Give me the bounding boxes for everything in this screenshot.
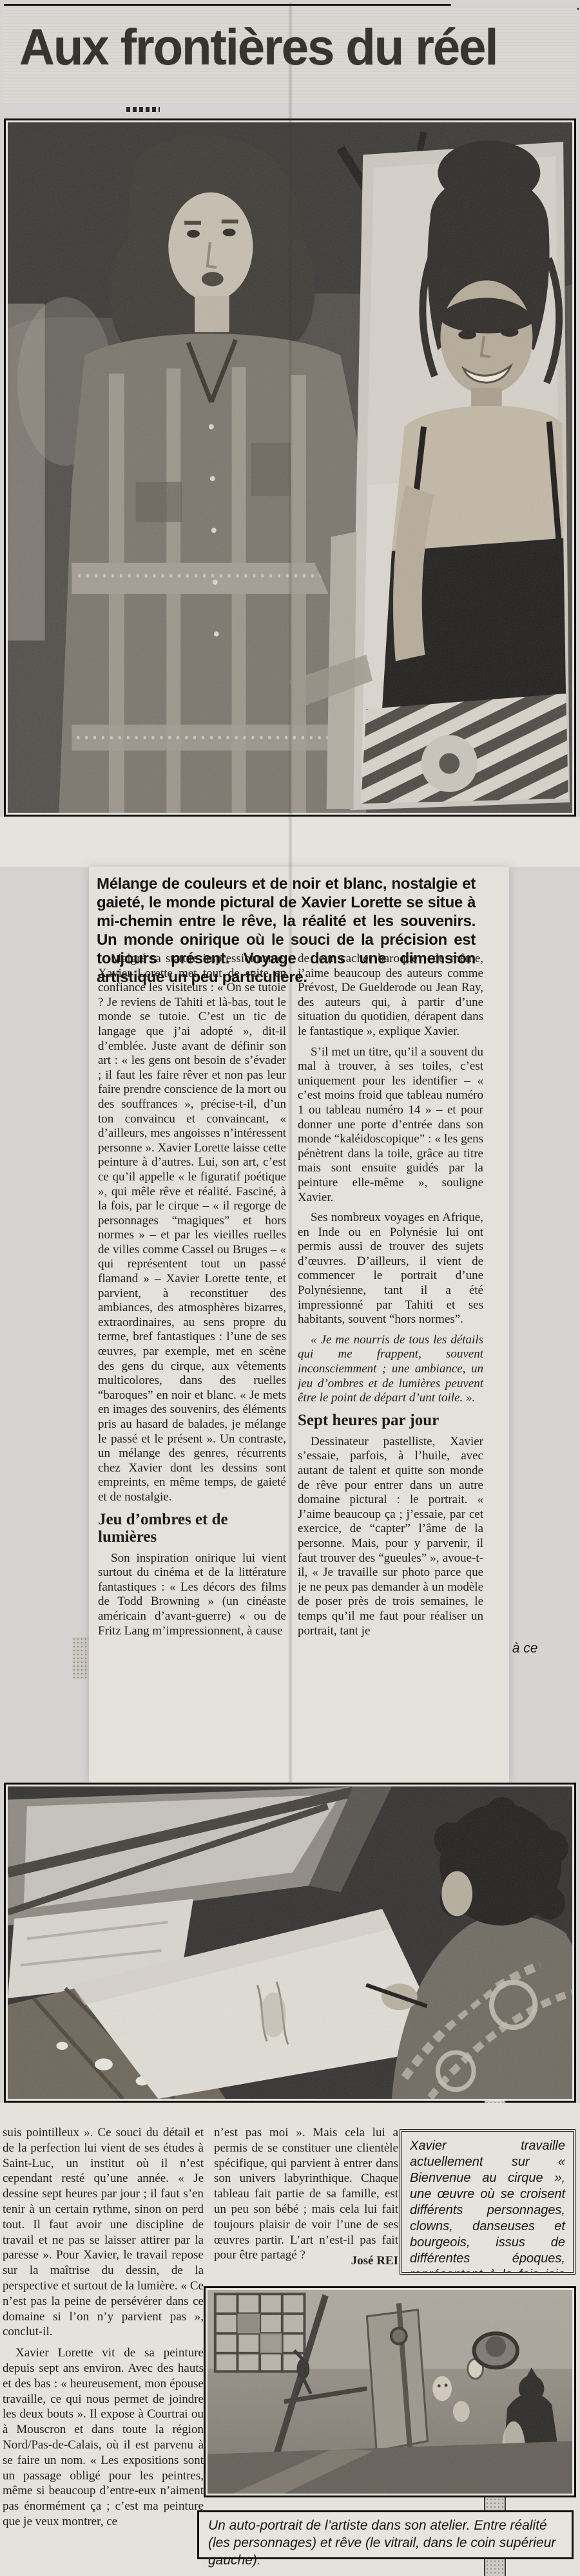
photo-artist-drawing-at-easel [4,1783,576,2103]
col1-subheading: Jeu d’ombres et de lumières [98,1511,286,1546]
lower-column-a: suis pointilleux ». Ce souci du détail e… [3,2125,204,2571]
article-column-2: de leur cachet baroque ; de même, j’aime… [298,952,483,1771]
col2-subheading: Sept heures par jour [298,1412,483,1429]
lower-colA-paragraph-1: suis pointilleux ». Ce souci du détail e… [3,2125,204,2340]
top-rule-left [4,4,451,6]
paste-tab-bottom [484,2559,506,2576]
photo-bottom-caption: Un auto-portrait de l’artiste dans son a… [208,2517,563,2569]
photo-self-portrait-image [208,2290,572,2494]
headline-text: Aux frontières du réel [19,18,574,76]
col2-paragraph-5: Dessinateur pastelliste, Xavier s’essaie… [298,1435,483,1638]
col2-paragraph-2: S’il met un titre, qu’il a souvent du ma… [298,1045,483,1206]
registration-tick-mark [126,107,160,112]
current-work-box-text: Xavier travaille actuellement sur « Bien… [410,2138,565,2275]
col1-paragraph-1: Malgré sa stature impressionnante, Xavie… [98,952,286,1505]
col2-quote-paragraph: « Je me nourris de tous les détails qui … [298,1333,483,1406]
paste-tab-middle [484,2497,506,2510]
col1-paragraph-2: Son inspiration onirique lui vient surto… [98,1551,286,1639]
col2-paragraph-1: de leur cachet baroque ; de même, j’aime… [298,952,483,1039]
photo-bottom-caption-box: Un auto-portrait de l’artiste dans son a… [197,2510,574,2559]
lower-colA-paragraph-2: Xavier Lorette vit de sa peinture depuis… [3,2345,204,2530]
lower-colB-paragraph-1: n’est pas moi ». Mais cela lui a permis … [214,2125,398,2263]
article-column-1: Malgré sa stature impressionnante, Xavie… [98,952,286,1767]
photo-artist-drawing-image [8,1786,572,2099]
col2-paragraph-3: Ses nombreux voyages en Afrique, en Inde… [298,1211,483,1327]
newspaper-clipping-page: Aux frontières du réel [0,0,580,2576]
current-work-box: Xavier travaille actuellement sur « Bien… [400,2129,575,2275]
photo-self-portrait-studio [204,2286,576,2497]
